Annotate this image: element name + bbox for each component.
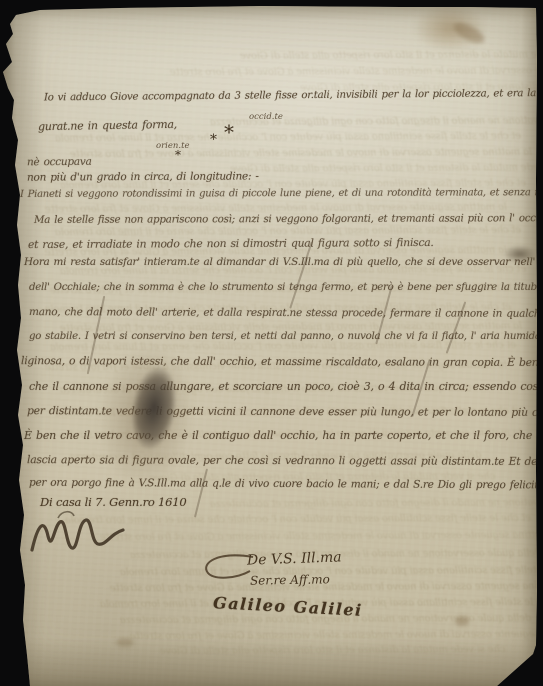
manuscript-line: lascia aperto sia di figura ovale, per c…	[27, 453, 543, 468]
manuscript-line: non più d'un grado in circa, di longitud…	[27, 170, 259, 183]
manuscript-scan: che si vede mutata la distanza et il sit…	[0, 0, 543, 686]
bleedthrough-line: la mattina seguente osservai di nuovo le…	[170, 65, 543, 78]
bleedthrough-line: che si vede mutata la distanza et il sit…	[160, 644, 505, 657]
star-icon-tiny: *	[175, 148, 181, 162]
bleedthrough-line: la mattina seguente osservai di nuovo le…	[130, 629, 543, 642]
manuscript-line: per ora porgo fine à V.S.Ill.ma alla q.l…	[29, 477, 543, 492]
paraph-flourish	[28, 506, 128, 566]
manuscript-line: dell' Occhiale; che in somma è che lo st…	[29, 282, 543, 293]
manuscript-line: liginosa, o di vapori istessi, che dall'…	[21, 354, 539, 369]
manuscript-line: per distintam.te vedere li oggetti vicin…	[27, 404, 543, 419]
manuscript-line: Ma le stelle fisse non appariscono così;…	[34, 212, 543, 226]
manuscript-line: nè occupava	[27, 156, 92, 169]
manuscript-line: et rase, et irradiate in modo che non si…	[28, 236, 434, 251]
bleedthrough-line: et che le stelle fisse scintillano assai…	[65, 513, 531, 526]
manuscript-line: I Pianeti si veggono rotondissimi in gui…	[20, 187, 543, 200]
bleedthrough-line: et che le stelle fisse scintillano assai…	[120, 565, 543, 578]
bleedthrough-line: et che le stelle fisse scintillano assai…	[55, 131, 521, 144]
manuscript-line: go stabile. I vetri si conservino ben te…	[29, 331, 543, 342]
manuscript-line: gurat.ne in questa forma,	[38, 118, 177, 133]
bleedthrough-line: la mattina seguente osservai di nuovo le…	[70, 147, 532, 160]
star-icon-small: *	[210, 132, 217, 148]
manuscript-line: mano, che dal moto dell' arterie, et dal…	[29, 306, 543, 320]
closing-line-1: De V.S. Ill.ma	[247, 549, 342, 568]
bleedthrough-line: che si vede mutata la distanza et il sit…	[240, 49, 543, 62]
closing-line-2: Ser.re Aff.mo	[250, 572, 330, 587]
oriente-label: orien.te	[156, 141, 190, 151]
manuscript-line: Hora mi resta satisfar' intieram.te al d…	[24, 256, 543, 268]
top-right-smudge	[413, 4, 487, 52]
bleedthrough-line: che si vede mutata la distanza et il sit…	[230, 162, 543, 175]
star-icon-large: *	[224, 120, 234, 144]
occidente-label: occid.te	[249, 112, 283, 122]
bleedthrough-line: della quale osservatione ne mando il dis…	[210, 497, 543, 510]
bleedthrough-line: la mattina seguente osservai di nuovo le…	[100, 530, 543, 543]
manuscript-line: che il cannone si possa allungare, et sc…	[29, 380, 543, 393]
letter-paper: che si vede mutata la distanza et il sit…	[0, 0, 543, 686]
manuscript-line: Io vi adduco Giove accompagnato da 3 ste…	[44, 88, 543, 104]
manuscript-line: È ben che il vetro cavo, che è il contig…	[24, 429, 543, 442]
top-right-streak	[451, 19, 488, 47]
